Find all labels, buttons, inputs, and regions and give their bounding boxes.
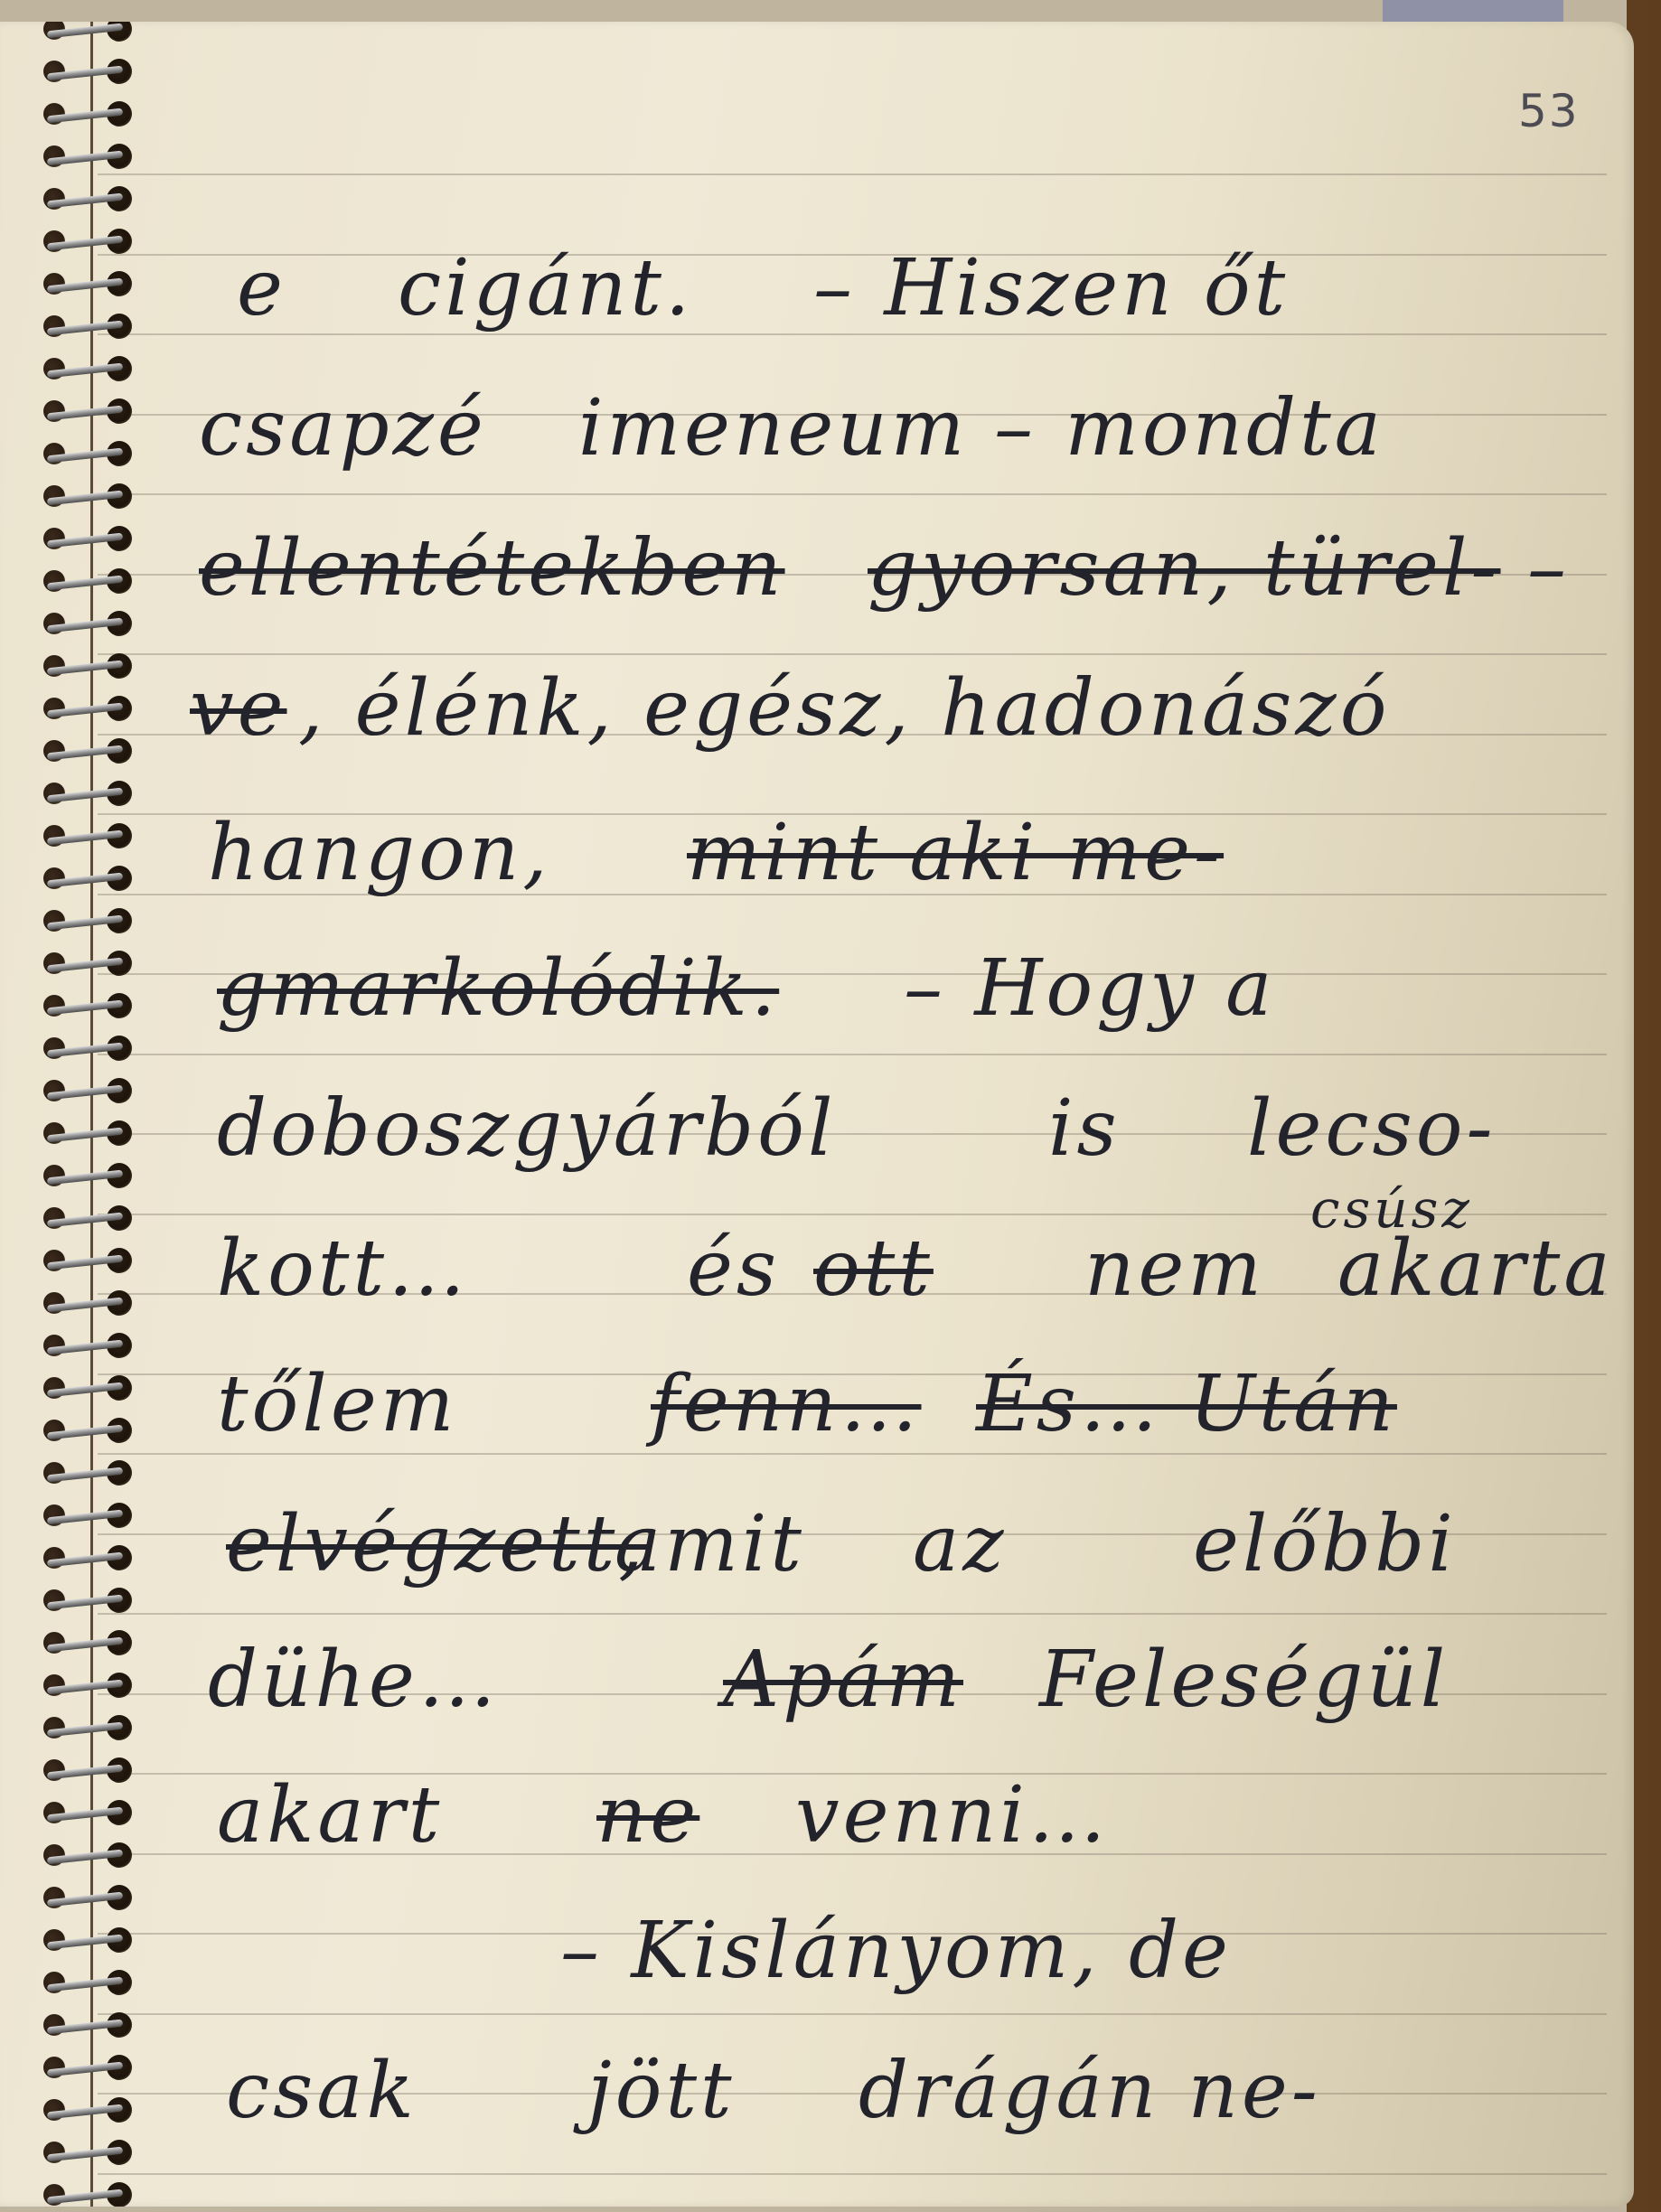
word: előbbi (1193, 1499, 1457, 1589)
spiral-coil (43, 611, 134, 638)
spiral-coil (43, 144, 134, 171)
ruled-line (98, 2173, 1607, 2175)
word: – mondta (994, 383, 1384, 473)
struck-word: gmarkolódik. (217, 943, 779, 1034)
word: tőlem (217, 1359, 457, 1449)
struck-word: ellentétekben (199, 523, 785, 614)
spiral-coil (43, 1715, 134, 1742)
word: is (1048, 1083, 1121, 1174)
word: nem (1084, 1223, 1265, 1314)
word: akart (217, 1770, 443, 1861)
spiral-coil (43, 1036, 134, 1063)
ruled-line (98, 2013, 1607, 2015)
spiral-coil (43, 1290, 134, 1317)
word: e (237, 243, 286, 333)
spiral-coil (43, 441, 134, 468)
spiral-coil (43, 1503, 134, 1530)
notebook-page: 53 e cigánt. – Hiszen őt csapzé imeneum … (0, 22, 1634, 2207)
spiral-coil (43, 1163, 134, 1190)
struck-word: És… Után (976, 1359, 1397, 1449)
struck-word: ott (813, 1223, 934, 1314)
ruled-line (98, 653, 1607, 655)
word: lecso- (1247, 1083, 1497, 1174)
word: az (913, 1499, 1008, 1589)
spiral-coil (43, 1333, 134, 1360)
word: , élénk, egész, hadonászó (298, 663, 1390, 754)
photo-scene: 53 e cigánt. – Hiszen őt csapzé imeneum … (0, 0, 1661, 2212)
spiral-coil (43, 229, 134, 256)
spiral-coil (43, 2182, 134, 2207)
struck-word: fenn… (651, 1359, 922, 1449)
spiral-coil (43, 1885, 134, 1912)
spiral-coil (43, 2055, 134, 2082)
spiral-coil (43, 866, 134, 893)
word: és (687, 1223, 780, 1314)
spiral-coil (43, 314, 134, 341)
word: – Kislányom, de (560, 1906, 1232, 1996)
binding-edge (90, 22, 93, 2207)
spiral-coil (43, 483, 134, 511)
spiral-coil (43, 356, 134, 383)
spiral-coil (43, 1673, 134, 1700)
spiral-coil (43, 1927, 134, 1954)
spiral-coil (43, 1205, 134, 1233)
spiral-coil (43, 2012, 134, 2039)
ruled-line (98, 333, 1607, 335)
word: Feleségül (1039, 1635, 1449, 1725)
word: imeneum (578, 383, 968, 473)
spiral-coil (43, 526, 134, 553)
notebook-cover-edge (1383, 0, 1563, 22)
spiral-coil (43, 59, 134, 86)
ruled-line (98, 1054, 1607, 1055)
spiral-coil (43, 1460, 134, 1487)
ruled-line (98, 1613, 1607, 1615)
spiral-coil (43, 186, 134, 213)
ruled-line (98, 493, 1607, 495)
struck-word: Apám (723, 1635, 963, 1725)
spiral-coil (43, 823, 134, 850)
word: hangon, (208, 808, 551, 898)
spiral-coil (43, 568, 134, 595)
word: kott… (217, 1223, 469, 1314)
spiral-coil (43, 696, 134, 723)
spiral-coil (43, 1970, 134, 1997)
spiral-coil (43, 908, 134, 935)
spiral-coil (43, 781, 134, 808)
spiral-coil (43, 1078, 134, 1105)
spiral-coil (43, 101, 134, 128)
spiral-coil (43, 653, 134, 680)
word: venni… (795, 1770, 1110, 1861)
spiral-coil (43, 1588, 134, 1615)
spiral-coil (43, 1630, 134, 1657)
struck-word: gyorsan, türel- (868, 523, 1501, 614)
ruled-line (98, 1453, 1607, 1455)
spiral-coil (43, 1375, 134, 1402)
page-number: 53 (1518, 85, 1580, 137)
spiral-coil (43, 1842, 134, 1870)
spiral-coil (43, 1757, 134, 1785)
word: – Hiszen őt (813, 243, 1289, 333)
spiral-coil (43, 2097, 134, 2124)
spiral-coil (43, 951, 134, 978)
word: csapzé (199, 383, 487, 473)
spiral-coil (43, 22, 134, 43)
spiral-coil (43, 1120, 134, 1148)
spiral-coil (43, 2140, 134, 2167)
word: cigánt. (398, 243, 693, 333)
ruled-line (98, 173, 1607, 175)
spiral-coil (43, 1248, 134, 1275)
word: csak (226, 2046, 418, 2136)
word: – (1527, 523, 1570, 614)
spiral-coil (43, 1800, 134, 1827)
word: doboszgyárból (217, 1083, 836, 1174)
word: akarta (1337, 1223, 1614, 1314)
word: drágán ne- (859, 2046, 1321, 2136)
word: amit (615, 1499, 805, 1589)
spiral-coil (43, 1545, 134, 1572)
spiral-coil (43, 738, 134, 765)
struck-word: ve (190, 663, 286, 754)
spiral-coil (43, 1418, 134, 1445)
spiral-coil (43, 993, 134, 1020)
word: – Hogy a (904, 943, 1275, 1034)
word: dühe… (208, 1635, 500, 1725)
struck-word: elvégzett, (226, 1499, 647, 1589)
struck-word: ne (596, 1770, 699, 1861)
spiral-coil (43, 398, 134, 426)
word: jött (587, 2046, 736, 2136)
struck-word: mint aki me- (687, 808, 1224, 898)
spiral-coil (43, 271, 134, 298)
